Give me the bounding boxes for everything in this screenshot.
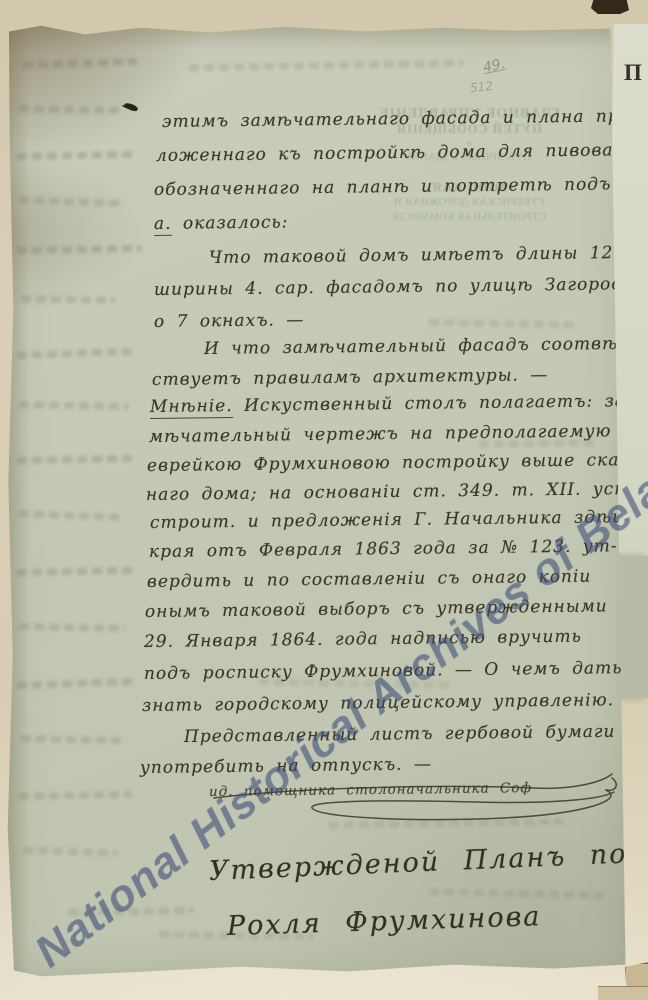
ink-blot — [123, 101, 138, 112]
underlined-word: а. — [154, 214, 172, 236]
manuscript-line: 29. Января 1864. года надписью вручить — [144, 627, 582, 652]
bleedthrough-line — [12, 455, 137, 464]
manuscript-line: о 7 окнахъ. — — [154, 310, 305, 332]
received-note-line-1: Утвержденой Планъ получила — [208, 834, 648, 887]
bleedthrough-line — [16, 295, 116, 304]
bleedthrough-line — [14, 791, 132, 800]
bleedthrough-line — [12, 245, 142, 254]
bleedthrough-line — [12, 151, 137, 160]
manuscript-line: а. оказалось: — [154, 212, 289, 234]
bleedthrough-line — [424, 888, 604, 898]
manuscript-line: ствуетъ правиламъ архитектуры. — — [152, 365, 549, 390]
manuscript-line: наго дома; на основаніи ст. 349. т. XII.… — [146, 479, 638, 505]
bleedthrough-line — [14, 105, 119, 114]
manuscript-sheet: ГЛАВНОЕ УПРАВЛЕНІЕПУТЕЙ СООБЩЕНІЯиПУБЛИЧ… — [4, 20, 628, 982]
bleedthrough-line — [14, 623, 126, 632]
underlined-word: Мнѣніе. — [150, 396, 233, 419]
bleedthrough-line — [14, 510, 122, 521]
bleedthrough-line — [16, 735, 121, 744]
bleedthrough-letterhead-line: СТРОИТЕЛЬНАЯ КОММИСІЯ — [364, 212, 574, 224]
manuscript-line: еврейкою Фрумхиновою постройку выше сказ… — [147, 450, 648, 476]
manuscript-line: И что замѣчательный фасадъ соотвѣт- — [204, 334, 642, 359]
bleedthrough-line — [14, 401, 129, 410]
pencil-number-1: 49. — [482, 56, 507, 76]
manuscript-line: Мнѣніе. Искуственный столъ полагаетъ: за… — [150, 391, 633, 417]
bleedthrough-line — [424, 319, 574, 329]
binding-clip — [591, 0, 629, 14]
pencil-number-2: 512 — [469, 79, 493, 95]
bleedthrough-line — [12, 348, 132, 359]
bleedthrough-letterhead-line: ГУБЕРНСКАЯ ДОРОЖНАЯ И — [364, 197, 574, 209]
bleedthrough-line — [18, 846, 118, 856]
manuscript-line: Что таковой домъ имѣетъ длины 12. сар. — [209, 242, 648, 268]
bleedthrough-line — [14, 196, 124, 207]
manuscript-line: этимъ замѣчательнаго фасада и плана пред… — [162, 106, 648, 132]
bleedthrough-line — [184, 60, 464, 72]
bleedthrough-line — [12, 567, 134, 576]
received-note-signature: Рохля Фрумхинова — [227, 901, 542, 942]
bleedthrough-line — [12, 678, 137, 689]
torn-paper-fragment-2 — [598, 986, 648, 1000]
scanned-archival-document: { "meta": { "kind": "scanned handwritten… — [0, 0, 648, 1000]
bleedthrough-line — [18, 58, 138, 69]
manuscript-line: ложеннаго къ постройкѣ дома для пивоварн… — [156, 140, 648, 166]
manuscript-line: ширины 4. сар. фасадомъ по улицѣ Загород… — [154, 274, 648, 300]
adjacent-page-printed-letter: П — [624, 60, 642, 86]
manuscript-line: Представленный листъ гербовой бумаги — [184, 722, 616, 747]
